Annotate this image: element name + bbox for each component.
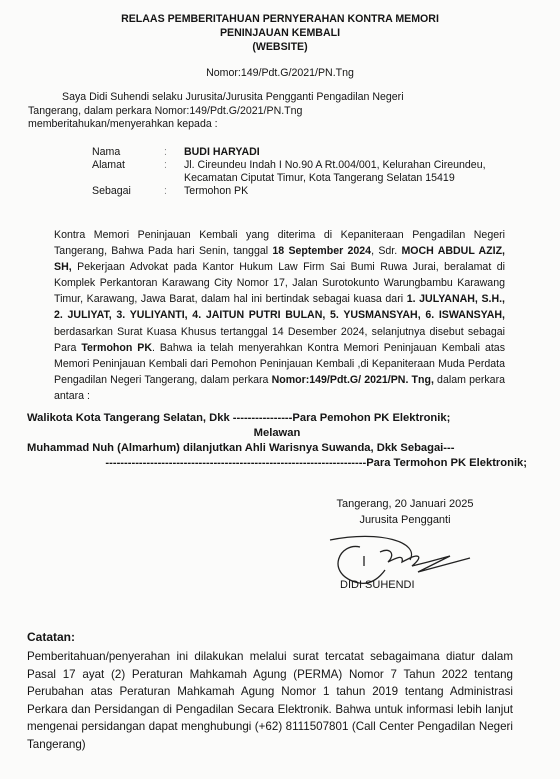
intro-line-2: Tangerang, dalam perkara Nomor:149/Pdt.G… bbox=[28, 105, 528, 119]
note-heading: Catatan: bbox=[27, 630, 75, 644]
address-label: Alamat bbox=[92, 159, 164, 185]
case-number-inline: Nomor:149/Pdt.G/ 2021/PN. Tng, bbox=[272, 374, 434, 386]
recipient-role-row: Sebagai : Termohon PK bbox=[92, 185, 504, 198]
document-title-line-3: (WEBSITE) bbox=[0, 40, 560, 54]
name-value: BUDI HARYADI bbox=[184, 146, 504, 159]
case-number: Nomor:149/Pdt.G/2021/PN.Tng bbox=[0, 67, 560, 79]
intro-paragraph: Saya Didi Suhendi selaku Jurusita/Jurusi… bbox=[28, 91, 528, 132]
name-label: Nama bbox=[92, 146, 164, 159]
signer-name: DIDI SUHENDI bbox=[340, 579, 415, 591]
versus-label: Melawan bbox=[27, 426, 527, 441]
document-title-line-2: PENINJAUAN KEMBALI bbox=[0, 26, 560, 40]
respondent-line-1: Muhammad Nuh (Almarhum) dilanjutkan Ahli… bbox=[27, 441, 527, 456]
receipt-date: 18 September 2024 bbox=[272, 245, 371, 257]
document-title-line-1: RELAAS PEMBERITAHUAN PERNYERAHAN KONTRA … bbox=[0, 12, 560, 26]
recipient-name-row: Nama : BUDI HARYADI bbox=[92, 146, 504, 159]
separator: : bbox=[164, 159, 184, 185]
signature-block: Tangerang, 20 Januari 2025 Jurusita Peng… bbox=[300, 496, 510, 528]
role-value: Termohon PK bbox=[184, 185, 504, 198]
party-role: Termohon PK bbox=[81, 342, 152, 354]
separator: : bbox=[164, 185, 184, 198]
body-paragraph: Kontra Memori Peninjauan Kembali yang di… bbox=[54, 227, 505, 404]
respondent-line-2: ----------------------------------------… bbox=[27, 456, 527, 471]
place-date: Tangerang, 20 Januari 2025 bbox=[300, 496, 510, 512]
note-text: Pemberitahuan/penyerahan ini dilakukan m… bbox=[27, 648, 513, 753]
address-value: Jl. Cireundeu Indah I No.90 A Rt.004/001… bbox=[184, 159, 504, 185]
role-label: Sebagai bbox=[92, 185, 164, 198]
intro-line-1: Saya Didi Suhendi selaku Jurusita/Jurusi… bbox=[28, 91, 528, 105]
separator: : bbox=[164, 146, 184, 159]
intro-line-3: memberitahukan/menyerahkan kepada : bbox=[28, 118, 528, 132]
body-text: , Sdr. bbox=[371, 245, 401, 257]
signer-role: Jurusita Pengganti bbox=[300, 512, 510, 528]
recipient-block: Nama : BUDI HARYADI Alamat : Jl. Cireund… bbox=[92, 146, 504, 198]
parties-block: Walikota Kota Tangerang Selatan, Dkk ---… bbox=[27, 411, 527, 471]
recipient-address-row: Alamat : Jl. Cireundeu Indah I No.90 A R… bbox=[92, 159, 504, 185]
petitioner-line: Walikota Kota Tangerang Selatan, Dkk ---… bbox=[27, 411, 527, 426]
